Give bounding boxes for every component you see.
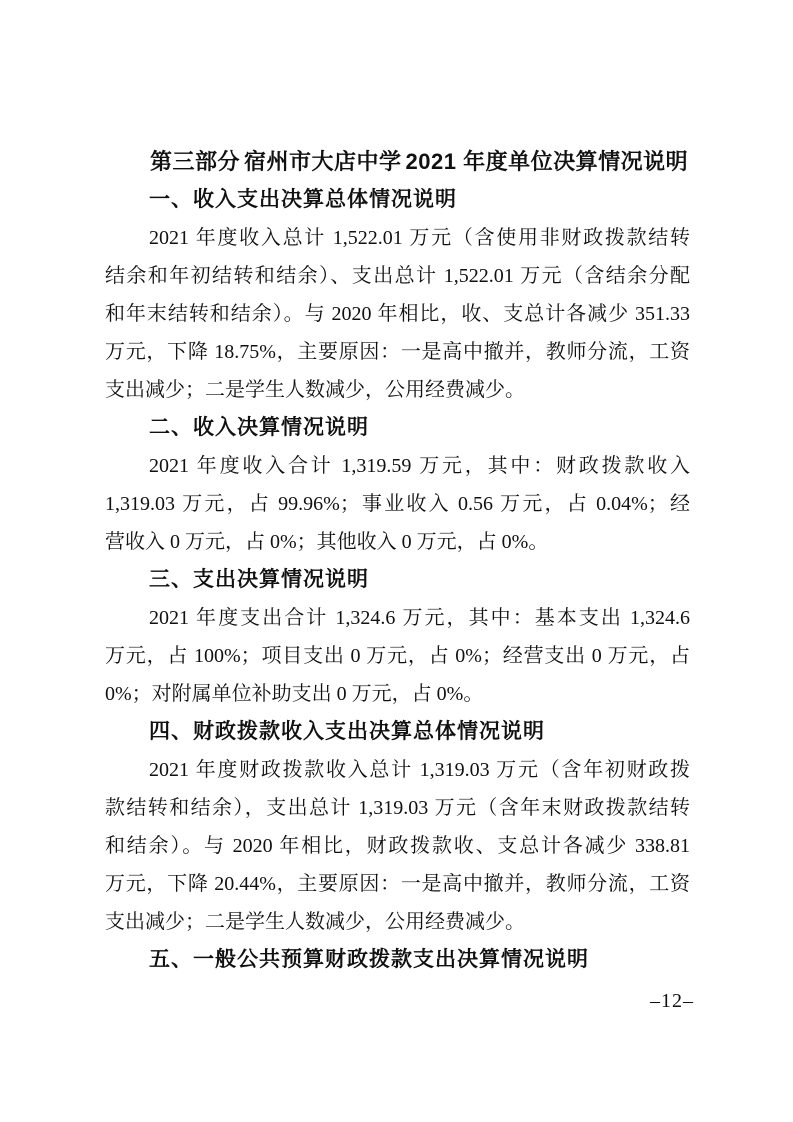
section-3-paragraph-line: 2021 年度支出合计 1,324.6 万元，其中：基本支出 1,324.6 [105,599,690,637]
section-2-heading: 二、收入决算情况说明 [105,409,690,447]
page-number: –12– [650,990,694,1013]
section-2-paragraph-line: 1,319.03 万元，占 99.96%；事业收入 0.56 万元，占 0.04… [105,485,690,523]
section-2-paragraph-line: 营收入 0 万元，占 0%；其他收入 0 万元，占 0%。 [105,523,690,561]
title-school-name: 宿州市大店中学 [244,149,402,174]
section-4-paragraph-line: 款结转和结余），支出总计 1,319.03 万元（含年末财政拨款结转 [105,789,690,827]
section-1-paragraph-line: 和年末结转和结余）。与 2020 年相比，收、支总计各减少 351.33 [105,295,690,333]
section-1-heading: 一、收入支出决算总体情况说明 [105,181,690,219]
section-3-heading: 三、支出决算情况说明 [105,561,690,599]
section-3-paragraph-line: 0%；对附属单位补助支出 0 万元，占 0%。 [105,675,690,713]
title-part-label: 第三部分 [150,149,240,174]
section-4-paragraph-line: 2021 年度财政拨款收入总计 1,319.03 万元（含年初财政拨 [105,751,690,789]
section-4-paragraph-line: 万元，下降 20.44%，主要原因：一是高中撤并，教师分流，工资 [105,865,690,903]
title-rest: 2021 年度单位决算情况说明 [406,149,689,174]
section-5-heading: 五、一般公共预算财政拨款支出决算情况说明 [105,941,690,979]
section-4-heading: 四、财政拨款收入支出决算总体情况说明 [105,713,690,751]
section-2-paragraph-line: 2021 年度收入合计 1,319.59 万元，其中：财政拨款收入 [105,447,690,485]
section-1-paragraph-line: 2021 年度收入总计 1,522.01 万元（含使用非财政拨款结转 [105,219,690,257]
section-1-paragraph-line: 万元，下降 18.75%，主要原因：一是高中撤并，教师分流，工资 [105,333,690,371]
section-1-paragraph-line: 结余和年初结转和结余）、支出总计 1,522.01 万元（含结余分配 [105,257,690,295]
document-title: 第三部分宿州市大店中学2021 年度单位决算情况说明 [105,143,690,181]
section-1-paragraph-line: 支出减少；二是学生人数减少，公用经费减少。 [105,371,690,409]
section-4-paragraph-line: 和结余）。与 2020 年相比，财政拨款收、支总计各减少 338.81 [105,827,690,865]
document-content: 第三部分宿州市大店中学2021 年度单位决算情况说明 一、收入支出决算总体情况说… [105,143,690,979]
section-3-paragraph-line: 万元，占 100%；项目支出 0 万元，占 0%；经营支出 0 万元，占 [105,637,690,675]
document-page: 第三部分宿州市大店中学2021 年度单位决算情况说明 一、收入支出决算总体情况说… [0,0,793,1122]
section-4-paragraph-line: 支出减少；二是学生人数减少，公用经费减少。 [105,903,690,941]
